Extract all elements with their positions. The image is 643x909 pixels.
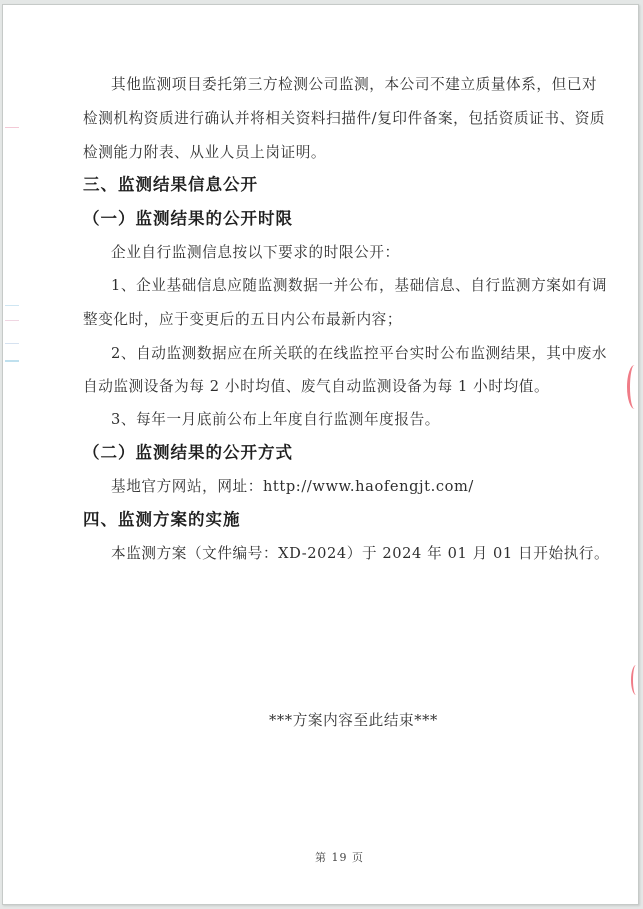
list-item-1: 1、企业基础信息应随监测数据一并公布，基础信息、自行监测方案如有调 (111, 276, 607, 296)
page-number: 第 19 页 (315, 848, 364, 868)
scan-mark (5, 305, 19, 306)
list-item-3: 3、每年一月底前公布上年度自行监测年度报告。 (111, 410, 440, 430)
list-item-2-cont: 自动监测设备为每 2 小时均值、废气自动监测设备为每 1 小时均值。 (83, 377, 549, 397)
section-heading-4: 四、监测方案的实施 (83, 510, 241, 530)
section-heading-3: 三、监测结果信息公开 (83, 175, 258, 195)
scan-mark (5, 320, 19, 321)
subsection-heading-1: （一）监测结果的公开时限 (83, 209, 293, 229)
scan-mark (5, 343, 19, 344)
subsection-heading-2: （二）监测结果的公开方式 (83, 443, 293, 463)
paragraph-line: 企业自行监测信息按以下要求的时限公开： (111, 243, 400, 263)
scan-mark (5, 127, 19, 128)
paragraph-line: 其他监测项目委托第三方检测公司监测，本公司不建立质量体系，但已对 (111, 75, 597, 95)
end-marker: ***方案内容至此结束*** (269, 711, 438, 731)
document-page: 其他监测项目委托第三方检测公司监测，本公司不建立质量体系，但已对 检测机构资质进… (2, 4, 639, 905)
paragraph-line: 检测能力附表、从业人员上岗证明。 (83, 143, 326, 163)
scan-mark (5, 360, 19, 362)
seal-fragment (627, 365, 642, 409)
website-line: 基地官方网站，网址：http://www.haofengjt.com/ (111, 477, 474, 497)
seal-fragment (631, 665, 641, 695)
paragraph-line: 本监测方案（文件编号：XD-2024）于 2024 年 01 月 01 日开始执… (111, 544, 609, 564)
list-item-2: 2、自动监测数据应在所关联的在线监控平台实时公布监测结果，其中废水 (111, 344, 607, 364)
paragraph-line: 检测机构资质进行确认并将相关资料扫描件/复印件备案，包括资质证书、资质 (83, 109, 605, 129)
list-item-1-cont: 整变化时，应于变更后的五日内公布最新内容； (83, 310, 402, 330)
